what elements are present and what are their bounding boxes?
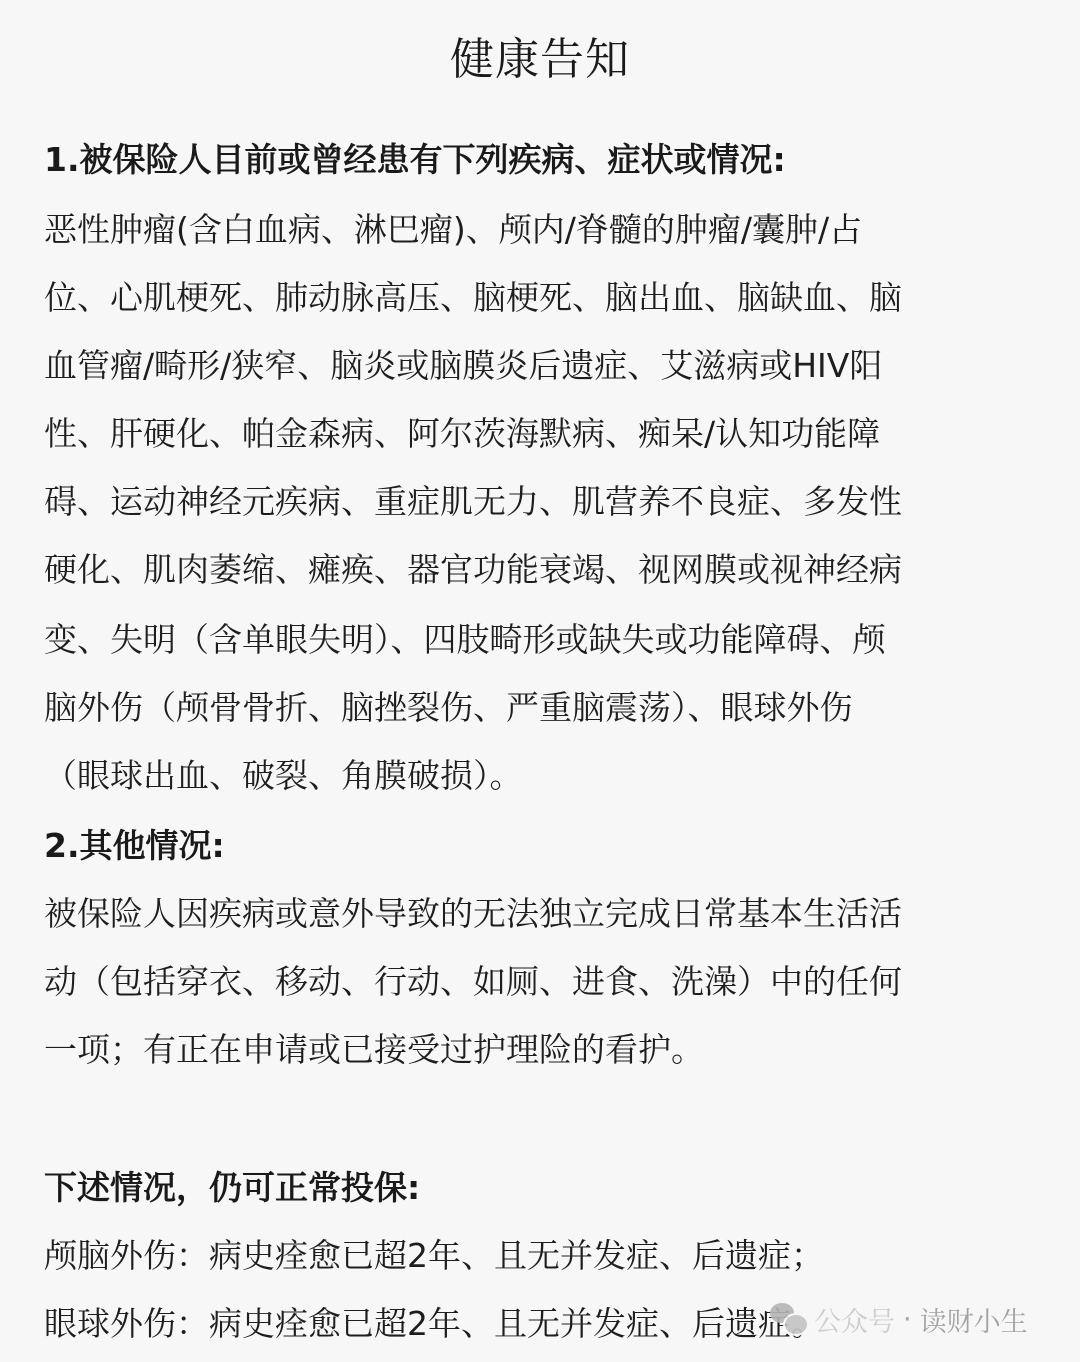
- health-notice-document: 健康告知 1.被保险人目前或曾经患有下列疾病、症状或情况: 恶性肿瘤(含白血病、…: [0, 0, 1080, 1362]
- section-1-line: 位、心肌梗死、肺动脉高压、脑梗死、脑出血、脑缺血、脑: [44, 274, 902, 322]
- section-2-line: 一项；有正在申请或已接受过护理险的看护。: [44, 1026, 704, 1074]
- watermark-account: 读财小生: [920, 1300, 1028, 1339]
- section-1-line: 碍、运动神经元疾病、重症肌无力、肌营养不良症、多发性: [44, 478, 902, 526]
- watermark-separator: ·: [903, 1304, 912, 1335]
- section-1-line: 性、肝硬化、帕金森病、阿尔茨海默病、痴呆/认知功能障: [44, 410, 880, 458]
- section-1-line: （眼球出血、破裂、角膜破损）。: [44, 752, 523, 800]
- section-2-line: 动（包括穿衣、移动、行动、如厕、进食、洗澡）中的任何: [44, 958, 902, 1006]
- wechat-icon: [770, 1303, 806, 1335]
- section-1-line: 变、失明（含单眼失明）、四肢畸形或缺失或功能障碍、颅: [44, 616, 886, 664]
- section-1-heading: 1.被保险人目前或曾经患有下列疾病、症状或情况:: [44, 136, 786, 184]
- watermark-prefix: 公众号: [814, 1300, 895, 1339]
- section-3-line: 眼球外伤：病史痊愈已超2年、且无并发症、后遗症。: [44, 1300, 824, 1348]
- section-1-line: 血管瘤/畸形/狭窄、脑炎或脑膜炎后遗症、艾滋病或HIV阳: [44, 342, 882, 390]
- watermark: 公众号 · 读财小生: [770, 1297, 1028, 1341]
- section-1-line: 脑外伤（颅骨骨折、脑挫裂伤、严重脑震荡）、眼球外伤: [44, 684, 853, 732]
- section-3-line: 颅脑外伤：病史痊愈已超2年、且无并发症、后遗症；: [44, 1232, 824, 1280]
- section-3-heading: 下述情况，仍可正常投保:: [44, 1164, 420, 1212]
- section-2-line: 被保险人因疾病或意外导致的无法独立完成日常基本生活活: [44, 890, 902, 938]
- section-1-line: 硬化、肌肉萎缩、瘫痪、器官功能衰竭、视网膜或视神经病: [44, 546, 902, 594]
- section-1-line: 恶性肿瘤(含白血病、淋巴瘤)、颅内/脊髓的肿瘤/囊肿/占: [44, 206, 862, 254]
- page-title: 健康告知: [0, 30, 1080, 90]
- section-2-heading: 2.其他情况:: [44, 822, 225, 870]
